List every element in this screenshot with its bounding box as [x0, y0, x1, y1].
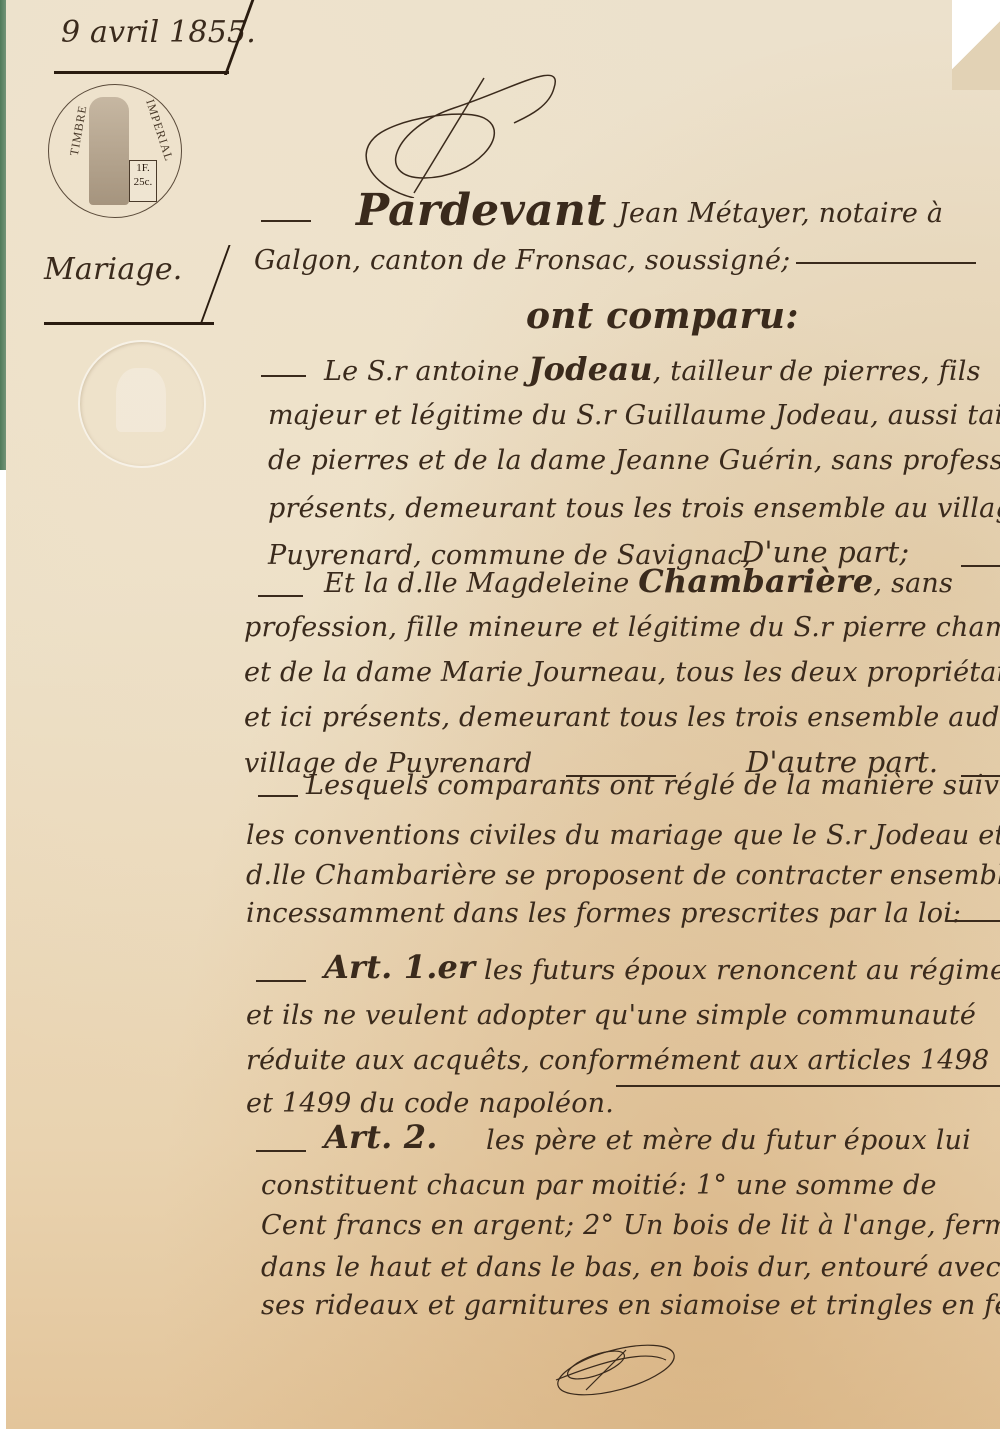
para2-line2: profession, fille mineure et légitime du… [244, 612, 1000, 643]
groom-surname: Jodeau [528, 350, 652, 388]
para3-line3: d.lle Chambarière se proposent de contra… [246, 860, 1000, 891]
stamp-value-francs: 1F. [130, 161, 156, 175]
para4-line2: et ils ne veulent adopter qu'une simple … [246, 1000, 976, 1031]
flourish-capital-p-icon [354, 48, 574, 198]
margin-title-underline [44, 322, 214, 325]
heading-ont-comparu: ont comparu: [526, 295, 799, 337]
para4-line1: les futurs époux renoncent au régime dot… [484, 955, 1000, 986]
para1-line1: Le S.r antoine Jodeau, tailleur de pierr… [324, 350, 981, 388]
eagle-icon [116, 368, 166, 432]
para5-line1: les père et mère du futur époux lui [486, 1125, 971, 1156]
dash [258, 795, 298, 797]
notary-paraph-icon [546, 1340, 706, 1429]
para1-line4: présents, demeurant tous les trois ensem… [268, 493, 1000, 524]
dash [256, 1150, 306, 1152]
dash [258, 595, 303, 597]
para5-line2: constituent chacun par moitié: 1° une so… [261, 1170, 937, 1201]
bride-surname: Chambarière [638, 562, 873, 600]
heading-pardevant: Pardevant [356, 185, 607, 236]
notary-line-2: Galgon, canton de Fronsac, soussigné; [254, 245, 790, 276]
para1-line2: majeur et légitime du S.r Guillaume Jode… [268, 400, 1000, 431]
dash [961, 565, 1000, 567]
stamp-value: 1F. 25c. [129, 160, 157, 202]
para3-line2: les conventions civiles du mariage que l… [246, 820, 1000, 851]
para3-line1: Lesquels comparants ont réglé de la mani… [306, 770, 1000, 801]
dash [261, 375, 306, 377]
justice-figure-icon [89, 97, 129, 205]
stamp-text-imperial: IMPERIAL [142, 97, 176, 163]
para2-line1: Et la d.lle Magdeleine Chambarière, sans [324, 562, 953, 600]
margin-title-slash [199, 245, 230, 325]
para2-line4: et ici présents, demeurant tous les troi… [244, 702, 1000, 733]
para4-line4: et 1499 du code napoléon. [246, 1088, 614, 1119]
para3-line4: incessamment dans les formes prescrites … [246, 898, 961, 929]
para5-line3: Cent francs en argent; 2° Un bois de lit… [261, 1210, 1000, 1241]
document-page: 9 avril 1855. TIMBRE IMPERIAL 1F. 25c. M… [6, 0, 1000, 1429]
dash [261, 220, 311, 222]
margin-title: Mariage. [44, 252, 183, 287]
para5-line5: ses rideaux et garnitures en siamoise et… [261, 1290, 1000, 1321]
article-2-label: Art. 2. [324, 1118, 438, 1156]
dash [256, 980, 306, 982]
para2-line3: et de la dame Marie Journeau, tous les d… [244, 657, 1000, 688]
para4-line3: réduite aux acquêts, conformément aux ar… [246, 1045, 989, 1076]
line-filler [616, 1085, 1000, 1087]
embossed-eagle-seal [78, 340, 206, 468]
folded-corner [952, 0, 1000, 90]
stamp-value-centimes: 25c. [130, 175, 156, 189]
margin-date: 9 avril 1855. [61, 15, 256, 50]
article-1-label: Art. 1.er [324, 948, 475, 986]
date-underline [54, 71, 229, 74]
line-filler [796, 262, 976, 264]
stamp-text-timbre: TIMBRE [67, 104, 91, 157]
para5-line4: dans le haut et dans le bas, en bois dur… [261, 1252, 1000, 1283]
notary-line-1: Jean Métayer, notaire à [618, 198, 943, 229]
para1-line3: de pierres et de la dame Jeanne Guérin, … [268, 445, 1000, 476]
dash [946, 920, 1000, 922]
timbre-imperial-stamp: TIMBRE IMPERIAL 1F. 25c. [48, 84, 182, 218]
